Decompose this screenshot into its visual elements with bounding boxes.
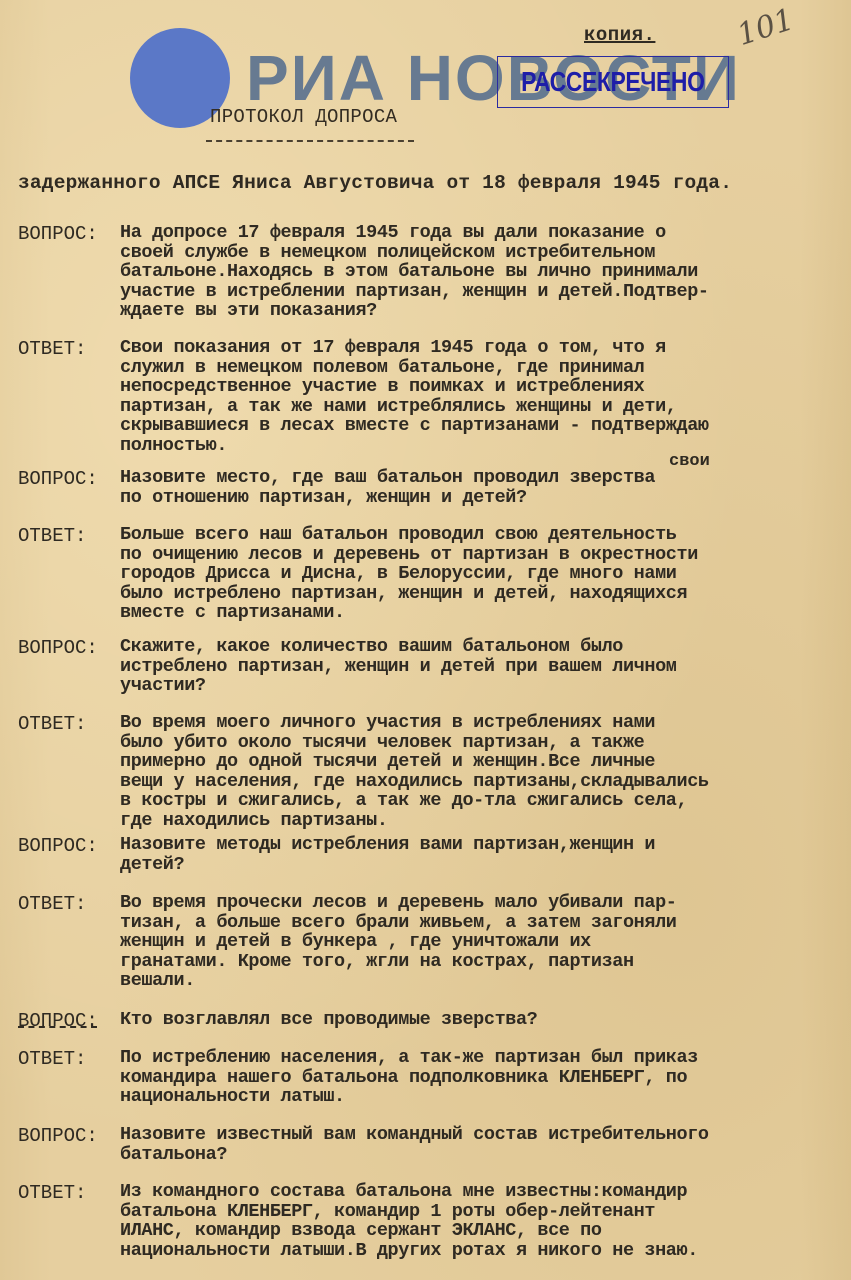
document-title: ПРОТОКОЛ ДОПРОСА — [210, 106, 397, 128]
entry-label: ОТВЕТ: — [18, 1182, 86, 1204]
entry-text: Назовите методы истребления вами партиза… — [120, 835, 843, 874]
qa-entry-answer: ОТВЕТ: Во время моего личного участия в … — [18, 713, 843, 830]
entry-label: ВОПРОС: — [18, 835, 98, 857]
qa-entry-question: ВОПРОС: Назовите место, где ваш батальон… — [18, 468, 843, 507]
entry-text: Кто возглавлял все проводимые зверства? — [120, 1010, 843, 1030]
qa-entry-question: ВОПРОС: Назовите методы истребления вами… — [18, 835, 843, 874]
handwritten-page-number: 101 — [733, 2, 798, 53]
entry-label: ОТВЕТ: — [18, 525, 86, 547]
document-page: копия. 101 РИА НОВОСТИ РАССЕКРЕЧЕНО ПРОТ… — [0, 0, 851, 1280]
entry-text: По истреблению населения, а так-же парти… — [120, 1048, 843, 1107]
entry-label: ОТВЕТ: — [18, 338, 86, 360]
entry-label: ВОПРОС: — [18, 223, 98, 245]
qa-entry-answer: ОТВЕТ: Из командного состава батальона м… — [18, 1182, 843, 1260]
stamp-text: РАССЕКРЕЧЕНО — [521, 66, 704, 98]
title-underline — [206, 140, 414, 142]
entry-text: На допросе 17 февраля 1945 года вы дали … — [120, 223, 843, 321]
qa-entry-question: ВОПРОС: Скажите, какое количество вашим … — [18, 637, 843, 696]
entry-text: Свои показания от 17 февраля 1945 года о… — [120, 338, 843, 455]
document-subtitle: задержанного АПСЕ Яниса Августовича от 1… — [18, 172, 732, 194]
entry-text: Больше всего наш батальон проводил свою … — [120, 525, 843, 623]
qa-entry-answer: ОТВЕТ: Свои показания от 17 февраля 1945… — [18, 338, 843, 455]
qa-entry-answer: ОТВЕТ: Во время прочески лесов и деревен… — [18, 893, 843, 991]
entry-text: Скажите, какое количество вашим батальон… — [120, 637, 843, 696]
entry-text: Во время моего личного участия в истребл… — [120, 713, 843, 830]
entry-label: ВОПРОС: — [18, 1010, 98, 1032]
entry-label: ВОПРОС: — [18, 1125, 98, 1147]
entry-text: Назовите место, где ваш батальон проводи… — [120, 468, 843, 507]
entry-label: ОТВЕТ: — [18, 1048, 86, 1070]
qa-entry-question: ВОПРОС: Назовите известный вам командный… — [18, 1125, 843, 1164]
entry-text: Назовите известный вам командный состав … — [120, 1125, 843, 1164]
entry-label: ОТВЕТ: — [18, 713, 86, 735]
entry-text: Во время прочески лесов и деревень мало … — [120, 893, 843, 991]
entry-label: ВОПРОС: — [18, 468, 98, 490]
qa-entry-answer: ОТВЕТ: Больше всего наш батальон проводи… — [18, 525, 843, 623]
entry-label: ОТВЕТ: — [18, 893, 86, 915]
qa-entry-question: ВОПРОС: Кто возглавлял все проводимые зв… — [18, 1010, 843, 1030]
qa-entry-question: ВОПРОС: На допросе 17 февраля 1945 года … — [18, 223, 843, 321]
declassified-stamp: РАССЕКРЕЧЕНО — [497, 56, 729, 108]
entry-label: ВОПРОС: — [18, 637, 98, 659]
qa-entry-answer: ОТВЕТ: По истреблению населения, а так-ж… — [18, 1048, 843, 1107]
entry-text: Из командного состава батальона мне изве… — [120, 1182, 843, 1260]
